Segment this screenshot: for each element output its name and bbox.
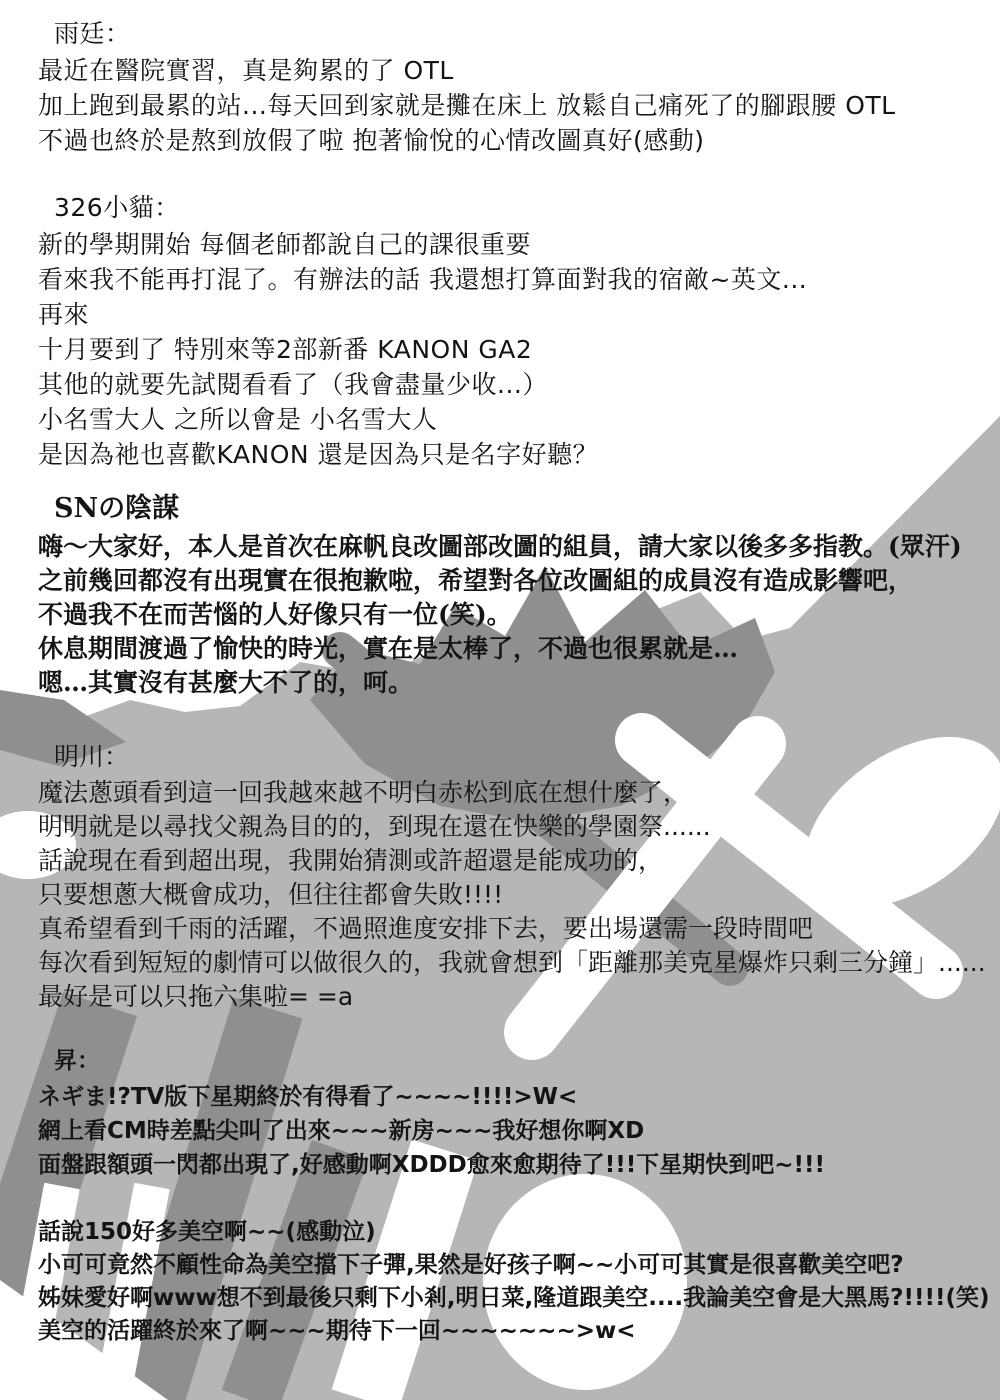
text-line: 是因為祂也喜歡KANON 還是因為只是名字好聽？ (38, 437, 992, 472)
text-line: 新的學期開始 每個老師都說自己的課很重要 (38, 227, 992, 262)
text-line: 不過我不在而苦惱的人好像只有一位(笑)。 (38, 598, 992, 632)
text-line: 魔法蔥頭看到這一回我越來越不明白赤松到底在想什麼了， (38, 776, 992, 810)
section-heading: 雨廷： (54, 16, 992, 51)
text-line: ネギま!?TV版下星期終於有得看了~~~~!!!!>W< (38, 1080, 992, 1114)
text-line: 十月要到了 特別來等2部新番 KANON GA2 (38, 332, 992, 367)
text-line: 真希望看到千雨的活躍，不過照進度安排下去，要出場還需一段時間吧 (38, 912, 992, 946)
text-line: 每次看到短短的劇情可以做很久的，我就會想到「距離那美克星爆炸只剩三分鐘」....… (38, 946, 992, 980)
text-line: 小名雪大人 之所以會是 小名雪大人 (38, 402, 992, 437)
text-line: 休息期間渡過了愉快的時光，實在是太棒了，不過也很累就是… (38, 632, 992, 666)
section-heading: SNの陰謀 (54, 492, 992, 526)
text-line: 嗯…其實沒有甚麼大不了的，呵。 (38, 666, 992, 700)
text-line: 加上跑到最累的站...每天回到家就是攤在床上 放鬆自己痛死了的腳跟腰 OTL (38, 88, 992, 123)
section-sheng: 昇： ネギま!?TV版下星期終於有得看了~~~~!!!!>W< 網上看CM時差點… (38, 1044, 992, 1182)
text-line: 姊妹愛好啊www想不到最後只剩下小剎,明日菜,隆道跟美空....我論美空會是大黑… (38, 1282, 992, 1315)
text-line: 小可可竟然不顧性命為美空擋下子彈,果然是好孩子啊~~小可可其實是很喜歡美空吧? (38, 1249, 992, 1282)
text-line: 最好是可以只拖六集啦= =a (38, 980, 992, 1014)
section-yuting: 雨廷： 最近在醫院實習，真是夠累的了 OTL 加上跑到最累的站...每天回到家就… (38, 16, 992, 158)
text-line: 最近在醫院實習，真是夠累的了 OTL (38, 53, 992, 88)
text-line: 明明就是以尋找父親為目的的，到現在還在快樂的學園祭...... (38, 810, 992, 844)
section-heading: 明川： (54, 740, 992, 774)
text-line: 再來 (38, 297, 992, 332)
section-misora-block: 話說150好多美空啊~~(感動泣) 小可可竟然不顧性命為美空擋下子彈,果然是好孩… (38, 1216, 992, 1348)
section-heading: 昇： (54, 1044, 992, 1078)
section-heading: 326小貓： (54, 190, 992, 225)
text-line: 網上看CM時差點尖叫了出來~~~新房~~~我好想你啊XD (38, 1114, 992, 1148)
text-line: 面盤跟額頭一閃都出現了,好感動啊XDDD愈來愈期待了!!!下星期快到吧~!!! (38, 1148, 992, 1182)
text-line: 看來我不能再打混了。有辦法的話 我還想打算面對我的宿敵~英文... (38, 262, 992, 297)
section-mingchuan: 明川： 魔法蔥頭看到這一回我越來越不明白赤松到底在想什麼了， 明明就是以尋找父親… (38, 740, 992, 1014)
text-line: 不過也終於是熬到放假了啦 抱著愉悅的心情改圖真好(感動) (38, 123, 992, 158)
text-line: 話說現在看到超出現，我開始猜測或許超還是能成功的， (38, 844, 992, 878)
text-line: 美空的活躍終於來了啊~~~期待下一回~~~~~~~>w< (38, 1315, 992, 1348)
text-line: 之前幾回都沒有出現實在很抱歉啦，希望對各位改圖組的成員沒有造成影響吧， (38, 564, 992, 598)
afterword-page: 雨廷： 最近在醫院實習，真是夠累的了 OTL 加上跑到最累的站...每天回到家就… (0, 0, 1000, 1400)
section-sn: SNの陰謀 嗨～大家好，本人是首次在麻帆良改圖部改圖的組員，請大家以後多多指教。… (38, 492, 992, 700)
text-line: 嗨～大家好，本人是首次在麻帆良改圖部改圖的組員，請大家以後多多指教。(眾汗) (38, 530, 992, 564)
text-line: 話說150好多美空啊~~(感動泣) (38, 1216, 992, 1249)
text-line: 只要想蔥大概會成功，但往往都會失敗!!!! (38, 878, 992, 912)
text-line: 其他的就要先試閱看看了（我會盡量少收...） (38, 367, 992, 402)
section-326-xiaomao: 326小貓： 新的學期開始 每個老師都說自己的課很重要 看來我不能再打混了。有辦… (38, 190, 992, 472)
